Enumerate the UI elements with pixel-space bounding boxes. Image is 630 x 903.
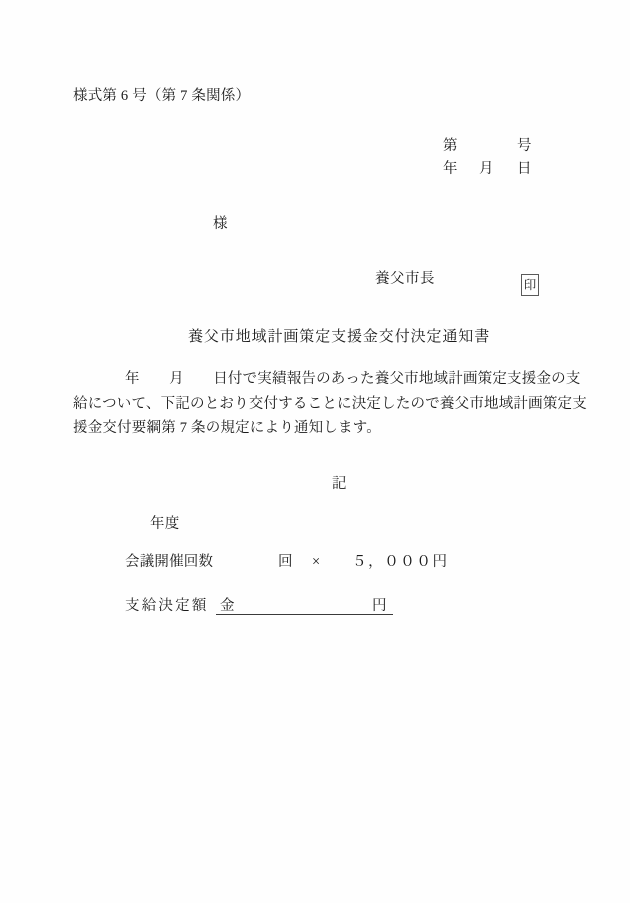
fiscal-year-label: 年度 — [150, 516, 179, 533]
date-year-label: 年 — [443, 161, 458, 178]
meeting-unit-price: ５，０００円 — [352, 554, 449, 571]
multiply-sign: × — [312, 554, 320, 571]
addressee-suffix: 様 — [213, 216, 228, 233]
doc-number-prefix: 第 — [443, 138, 458, 155]
payment-currency-suffix: 円 — [372, 598, 387, 615]
meeting-count-unit: 回 — [278, 554, 293, 571]
form-number: 様式第 6 号（第 7 条関係） — [73, 88, 250, 105]
date-day-label: 日 — [517, 161, 532, 178]
body-line-2: 給について、下記のとおり交付することに決定したので養父市地域計画策定支 — [73, 396, 587, 413]
body-line-1: 年 月 日付で実績報告のあった養父市地域計画策定支援金の支 — [125, 371, 581, 388]
doc-number-suffix: 号 — [517, 138, 532, 155]
date-month-label: 月 — [479, 161, 494, 178]
seal-box: 印 — [521, 274, 539, 296]
document-title: 養父市地域計画策定支援金交付決定通知書 — [188, 329, 490, 346]
meeting-count-label: 会議開催回数 — [125, 554, 213, 571]
payment-amount-blank-field: 金 円 — [216, 598, 393, 615]
payment-currency-prefix: 金 — [220, 598, 235, 615]
body-line-3: 援金交付要綱第 7 条の規定により通知します。 — [73, 420, 381, 437]
issuer-name: 養父市長 — [375, 271, 435, 288]
seal-label: 印 — [524, 279, 537, 292]
payment-decision-label: 支給決定額 — [125, 598, 209, 615]
record-marker: 記 — [332, 476, 347, 493]
notice-document-page: 様式第 6 号（第 7 条関係） 第 号 年 月 日 様 養父市長 印 養父市地… — [0, 0, 630, 903]
